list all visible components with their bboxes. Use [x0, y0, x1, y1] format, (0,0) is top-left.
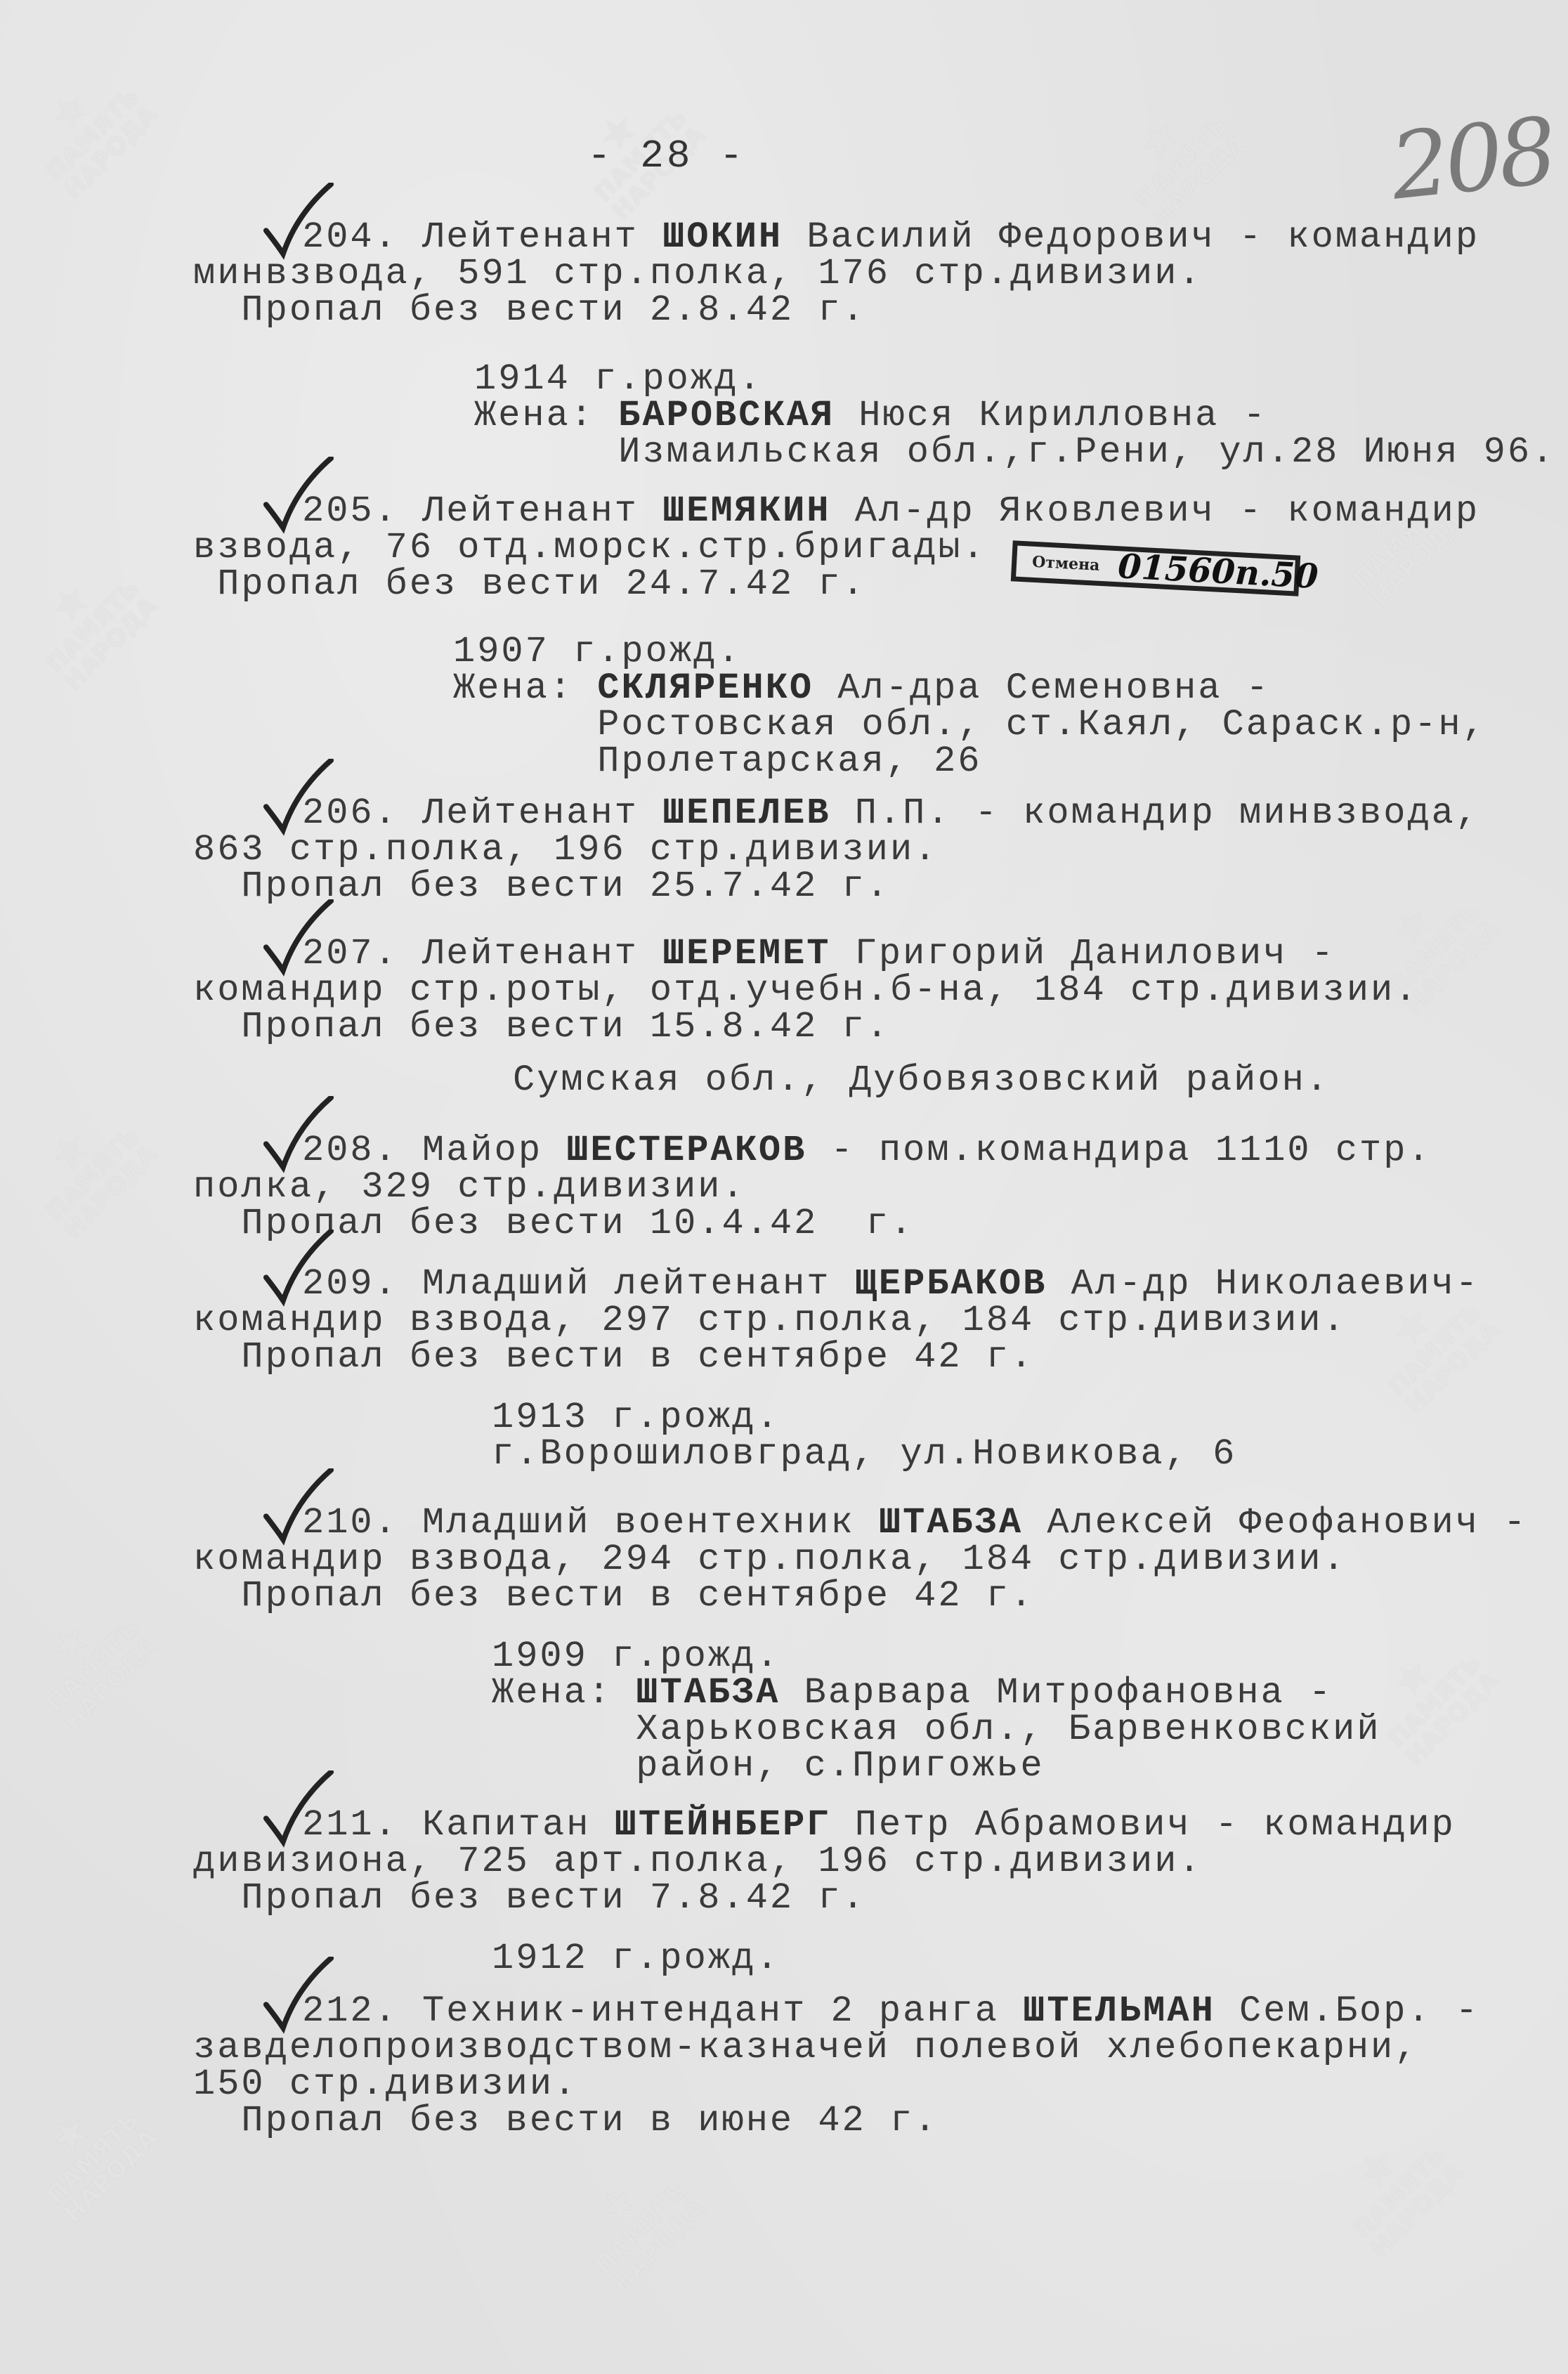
entry-heading: 205. Лейтенант ШЕМЯКИН Ал-др Яковлевич -… [302, 492, 1479, 531]
entry-detail: Пролетарская, 26 [453, 742, 982, 781]
entry-status: Пропал без вести в сентябре 42 г. [193, 1577, 1034, 1616]
entry-detail: 1909 г.рожд. [492, 1637, 780, 1676]
entry-line: 150 стр.дивизии. [193, 2065, 577, 2104]
entry-heading: 204. Лейтенант ШОКИН Василий Федорович -… [302, 218, 1479, 257]
entry-detail: 1914 г.рожд. [474, 360, 762, 399]
entry-heading: 210. Младший воентехник ШТАБЗА Алексей Ф… [302, 1504, 1527, 1543]
entry-detail: Жена: БАРОВСКАЯ Нюся Кирилловна - [474, 396, 1267, 436]
region-heading: Сумская обл., Дубовязовский район. [513, 1061, 1330, 1100]
entry-status: Пропал без вести 15.8.42 г. [193, 1007, 890, 1047]
page-number: - 28 - [587, 133, 746, 178]
handwritten-folio-number: 208 [1386, 97, 1558, 220]
entry-detail: 1913 г.рожд. [492, 1398, 780, 1437]
entry-detail: 1912 г.рожд. [492, 1939, 780, 1978]
entry-detail: 1907 г.рожд. [453, 632, 741, 672]
entry-heading: 206. Лейтенант ШЕПЕЛЕВ П.П. - командир м… [302, 794, 1479, 833]
entry-heading: 212. Техник-интендант 2 ранга ШТЕЛЬМАН С… [302, 1992, 1479, 2031]
entry-status: Пропал без вести в июне 42 г. [193, 2101, 938, 2141]
entry-detail: Жена: СКЛЯРЕНКО Ал-дра Семеновна - [453, 669, 1270, 708]
entry-detail: район, с.Пригожье [492, 1747, 1045, 1786]
entry-line: командир стр.роты, отд.учебн.б-на, 184 с… [193, 971, 1418, 1010]
entry-heading: 211. Капитан ШТЕЙНБЕРГ Петр Абрамович - … [302, 1806, 1456, 1845]
entry-line: полка, 329 стр.дивизии. [193, 1168, 746, 1207]
entry-status: Пропал без вести 7.8.42 г. [193, 1879, 866, 1918]
entry-detail: Измаильская обл.,г.Рени, ул.28 Июня 96. [474, 433, 1555, 472]
entry-status: Пропал без вести в сентябре 42 г. [193, 1338, 1034, 1377]
entry-line: командир взвода, 294 стр.полка, 184 стр.… [193, 1540, 1347, 1579]
entry-heading: 207. Лейтенант ШЕРЕМЕТ Григорий Данилови… [302, 934, 1335, 974]
entry-detail: Ростовская обл., ст.Каял, Сараск.р-н, [453, 705, 1487, 745]
entry-line: командир взвода, 297 стр.полка, 184 стр.… [193, 1301, 1347, 1341]
entry-detail: Жена: ШТАБЗА Варвара Митрофановна - [492, 1674, 1333, 1713]
entry-line: 863 стр.полка, 196 стр.дивизии. [193, 830, 938, 870]
entry-detail: Харьковская обл., Барвенковский [492, 1710, 1381, 1749]
entry-line: взвода, 76 отд.морск.стр.бригады. [193, 528, 986, 568]
stamp-label: Отмена [1032, 553, 1100, 575]
entry-heading: 208. Майор ШЕСТЕРАКОВ - пом.командира 11… [302, 1131, 1432, 1170]
entry-line: минвзвода, 591 стр.полка, 176 стр.дивизи… [193, 254, 1203, 294]
entry-status: Пропал без вести 24.7.42 г. [193, 565, 866, 604]
entry-status: Пропал без вести 2.8.42 г. [193, 291, 866, 330]
entry-heading: 209. Младший лейтенант ЩЕРБАКОВ Ал-др Ни… [302, 1265, 1479, 1304]
entry-line: дивизиона, 725 арт.полка, 196 стр.дивизи… [193, 1842, 1203, 1881]
entry-detail: г.Ворошиловград, ул.Новикова, 6 [492, 1435, 1236, 1474]
entry-line: завделопроизводством-казначей полевой хл… [193, 2028, 1418, 2068]
